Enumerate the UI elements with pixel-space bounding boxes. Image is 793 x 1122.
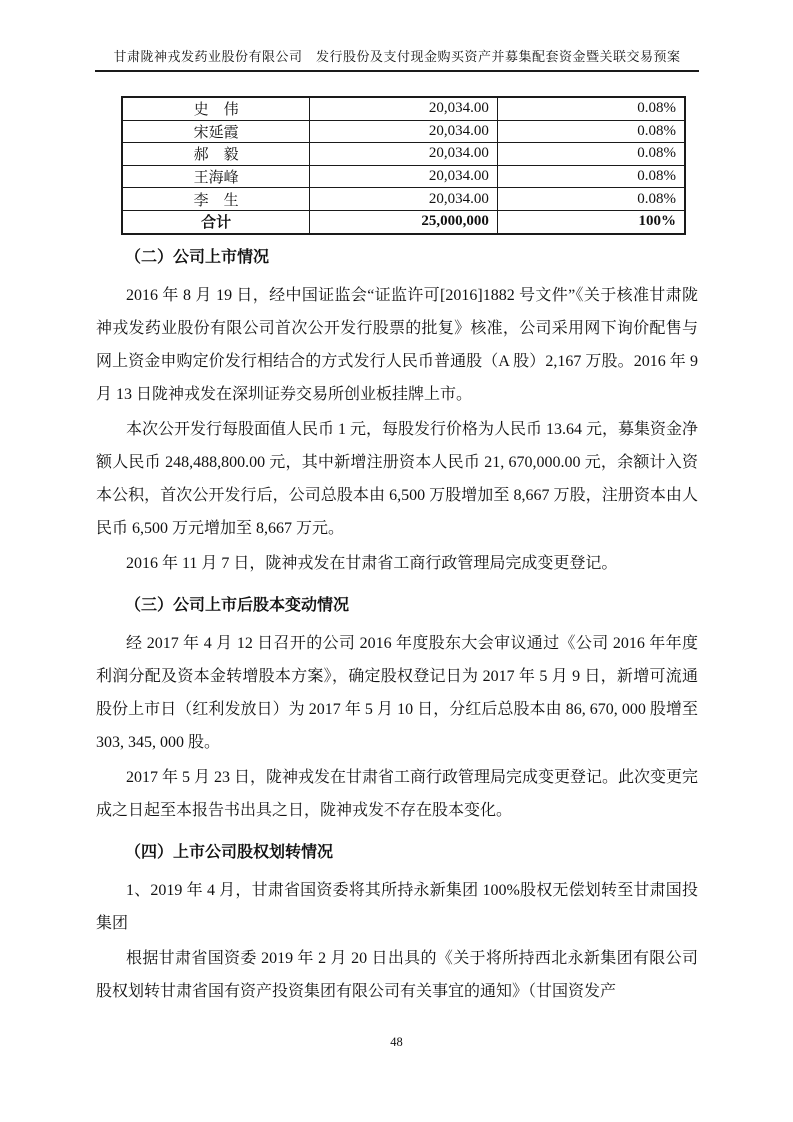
percentage-cell: 0.08%: [497, 165, 685, 188]
page-number: 48: [0, 1035, 793, 1050]
shareholder-name-cell: 王海峰: [122, 165, 310, 188]
section-heading-equity-transfer: （四）上市公司股权划转情况: [96, 841, 698, 865]
percentage-cell: 0.08%: [497, 120, 685, 143]
table-row: 李 生 20,034.00 0.08%: [122, 188, 685, 211]
shareholder-name-cell: 宋延霞: [122, 120, 310, 143]
percentage-cell: 0.08%: [497, 143, 685, 166]
document-page: 甘肃陇神戎发药业股份有限公司 发行股份及支付现金购买资产并募集配套资金暨关联交易…: [0, 0, 793, 1122]
shareholder-name-cell: 郝 毅: [122, 143, 310, 166]
percentage-cell: 0.08%: [497, 188, 685, 211]
total-percentage-cell: 100%: [497, 210, 685, 233]
table-row: 王海峰 20,034.00 0.08%: [122, 165, 685, 188]
document-running-header: 甘肃陇神戎发药业股份有限公司 发行股份及支付现金购买资产并募集配套资金暨关联交易…: [95, 46, 699, 72]
body-paragraph: 经 2017 年 4 月 12 日召开的公司 2016 年度股东大会审议通过《公…: [96, 627, 698, 759]
share-amount-cell: 20,034.00: [310, 143, 498, 166]
section-heading-share-changes: （三）公司上市后股本变动情况: [96, 594, 698, 618]
share-amount-cell: 20,034.00: [310, 188, 498, 211]
table-row: 宋延霞 20,034.00 0.08%: [122, 120, 685, 143]
share-amount-cell: 20,034.00: [310, 165, 498, 188]
shareholder-name-cell: 史 伟: [122, 97, 310, 120]
shareholder-table: 史 伟 20,034.00 0.08% 宋延霞 20,034.00 0.08% …: [121, 96, 686, 235]
body-paragraph: 2016 年 11 月 7 日，陇神戎发在甘肃省工商行政管理局完成变更登记。: [96, 547, 698, 580]
total-label-cell: 合计: [122, 210, 310, 233]
shareholder-name-cell: 李 生: [122, 188, 310, 211]
body-paragraph: 本次公开发行每股面值人民币 1 元，每股发行价格为人民币 13.64 元，募集资…: [96, 413, 698, 545]
body-paragraph: 根据甘肃省国资委 2019 年 2 月 20 日出具的《关于将所持西北永新集团有…: [96, 942, 698, 1008]
document-body: （二）公司上市情况 2016 年 8 月 19 日，经中国证监会“证监许可[20…: [96, 244, 698, 1010]
body-paragraph: 2017 年 5 月 23 日，陇神戎发在甘肃省工商行政管理局完成变更登记。此次…: [96, 761, 698, 827]
table-row: 郝 毅 20,034.00 0.08%: [122, 143, 685, 166]
body-paragraph: 1、2019 年 4 月，甘肃省国资委将其所持永新集团 100%股权无偿划转至甘…: [96, 874, 698, 940]
share-amount-cell: 20,034.00: [310, 120, 498, 143]
table-row: 史 伟 20,034.00 0.08%: [122, 97, 685, 120]
table-total-row: 合计 25,000,000 100%: [122, 210, 685, 233]
total-shares-cell: 25,000,000: [310, 210, 498, 233]
percentage-cell: 0.08%: [497, 97, 685, 120]
share-amount-cell: 20,034.00: [310, 97, 498, 120]
section-heading-listing: （二）公司上市情况: [96, 246, 698, 270]
body-paragraph: 2016 年 8 月 19 日，经中国证监会“证监许可[2016]1882 号文…: [96, 279, 698, 411]
